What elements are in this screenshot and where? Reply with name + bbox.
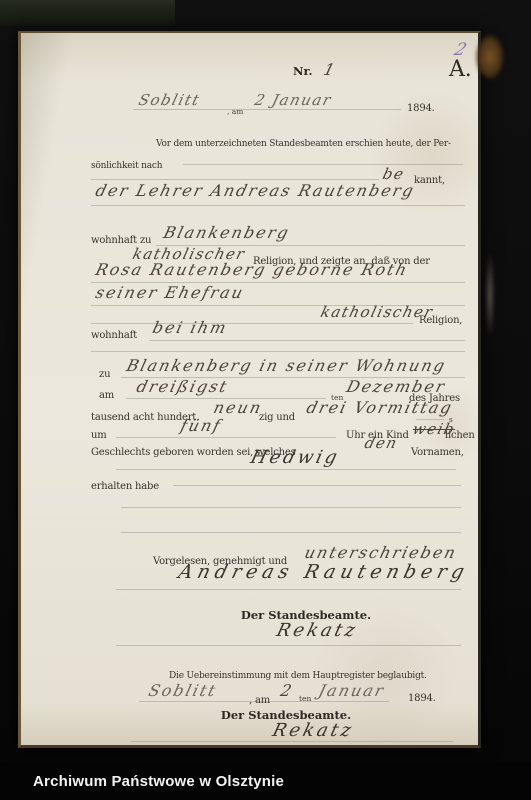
erhalten-printed: erhalten habe [91,474,159,493]
cert-day-entry: 2 [281,681,293,700]
entry-number-value: 1 [321,60,338,79]
ruled-blank-line [133,109,401,110]
archive-caption-text: Archiwum Państwowe w Olsztynie [33,773,284,790]
cert-year-printed: 1894. [408,686,436,705]
ruled-blank-line [121,507,461,508]
binding-stain [477,36,503,78]
ruled-blank-line [183,164,463,165]
archive-caption-bar: Archiwum Państwowe w Olsztynie [0,762,531,800]
dateline-am: , am [227,99,243,118]
ruled-blank-line [149,340,465,341]
scanned-register-page: Nr. 1 A. 2 Soblitt , am 2 Januar 1894. V… [0,0,531,800]
dateline-place: Soblitt [139,90,200,109]
am-printed: am [99,383,114,402]
year-tens-entry: neun [214,398,262,417]
birth-hour-entry: fünf [181,416,221,435]
dateline-year: 1894. [407,96,435,115]
entry-number-label: Nr. [293,64,313,78]
year-units-time-entry: drei Vormittag [307,398,453,417]
ruled-blank-line [116,589,461,590]
cert-ten-printed: ten [299,686,311,705]
birth-day-entry: dreißigst [137,377,228,396]
ruled-blank-line [91,351,465,352]
cert-month-entry: Januar [319,681,385,700]
series-letter: A. [449,57,471,82]
page-edge-highlight [486,250,494,340]
declarant-residence-entry: Blankenberg [164,223,290,242]
zig-und-printed: zig und [259,405,295,424]
unterschrieben-entry: unterschrieben [305,543,457,562]
ruled-blank-line [116,437,336,438]
wohnhaft-printed: wohnhaft [91,323,137,342]
ruled-blank-line [131,741,453,742]
child-name-entry: Hedwig [251,447,340,468]
cert-place-entry: Soblitt [149,681,217,700]
birth-place-entry: Blankenberg in seiner Wohnung [127,356,446,375]
declarant-signature: Andreas Rautenberg [179,561,469,583]
ruled-blank-line [116,469,456,470]
book-cover-corner [0,0,175,26]
registrar-signature-2: Rekatz [273,720,354,741]
certification-printed: Die Uebereinstimmung mit dem Hauptregist… [169,663,427,682]
registrar-signature: Rekatz [277,620,358,641]
intro-line-1: Vor dem unterzeichneten Standesbeamten e… [156,131,451,150]
ruled-blank-line [91,205,465,206]
den-entry: den [365,433,398,452]
ruled-blank-line [91,179,379,180]
bekannt-printed: kannt, [414,168,445,187]
dateline-daymonth: 2 Januar [255,90,332,109]
entry-number-line: Nr. 1 [293,60,336,79]
mother-name-entry: Rosa Rautenberg geborne Roth [96,260,408,279]
religion2-printed: Religion, [419,308,462,327]
ruled-blank-line [91,323,413,324]
religion2-entry: katholischer [321,302,433,321]
mother-relation-entry: seiner Ehefrau [96,283,244,302]
wohnhaft-entry: bei ihm [153,318,228,337]
vornamen-printed: Vornamen, [411,440,464,459]
register-page: Nr. 1 A. 2 Soblitt , am 2 Januar 1894. V… [18,31,481,748]
declarant-entry: der Lehrer Andreas Rautenberg [96,181,415,200]
intro-line-2: sönlichkeit nach [91,153,162,172]
page-number-annotation: 2 [455,40,466,60]
zu-printed: zu [99,362,110,381]
ruled-blank-line [116,645,461,646]
ruled-blank-line [121,532,461,533]
ruled-blank-line [173,485,461,486]
